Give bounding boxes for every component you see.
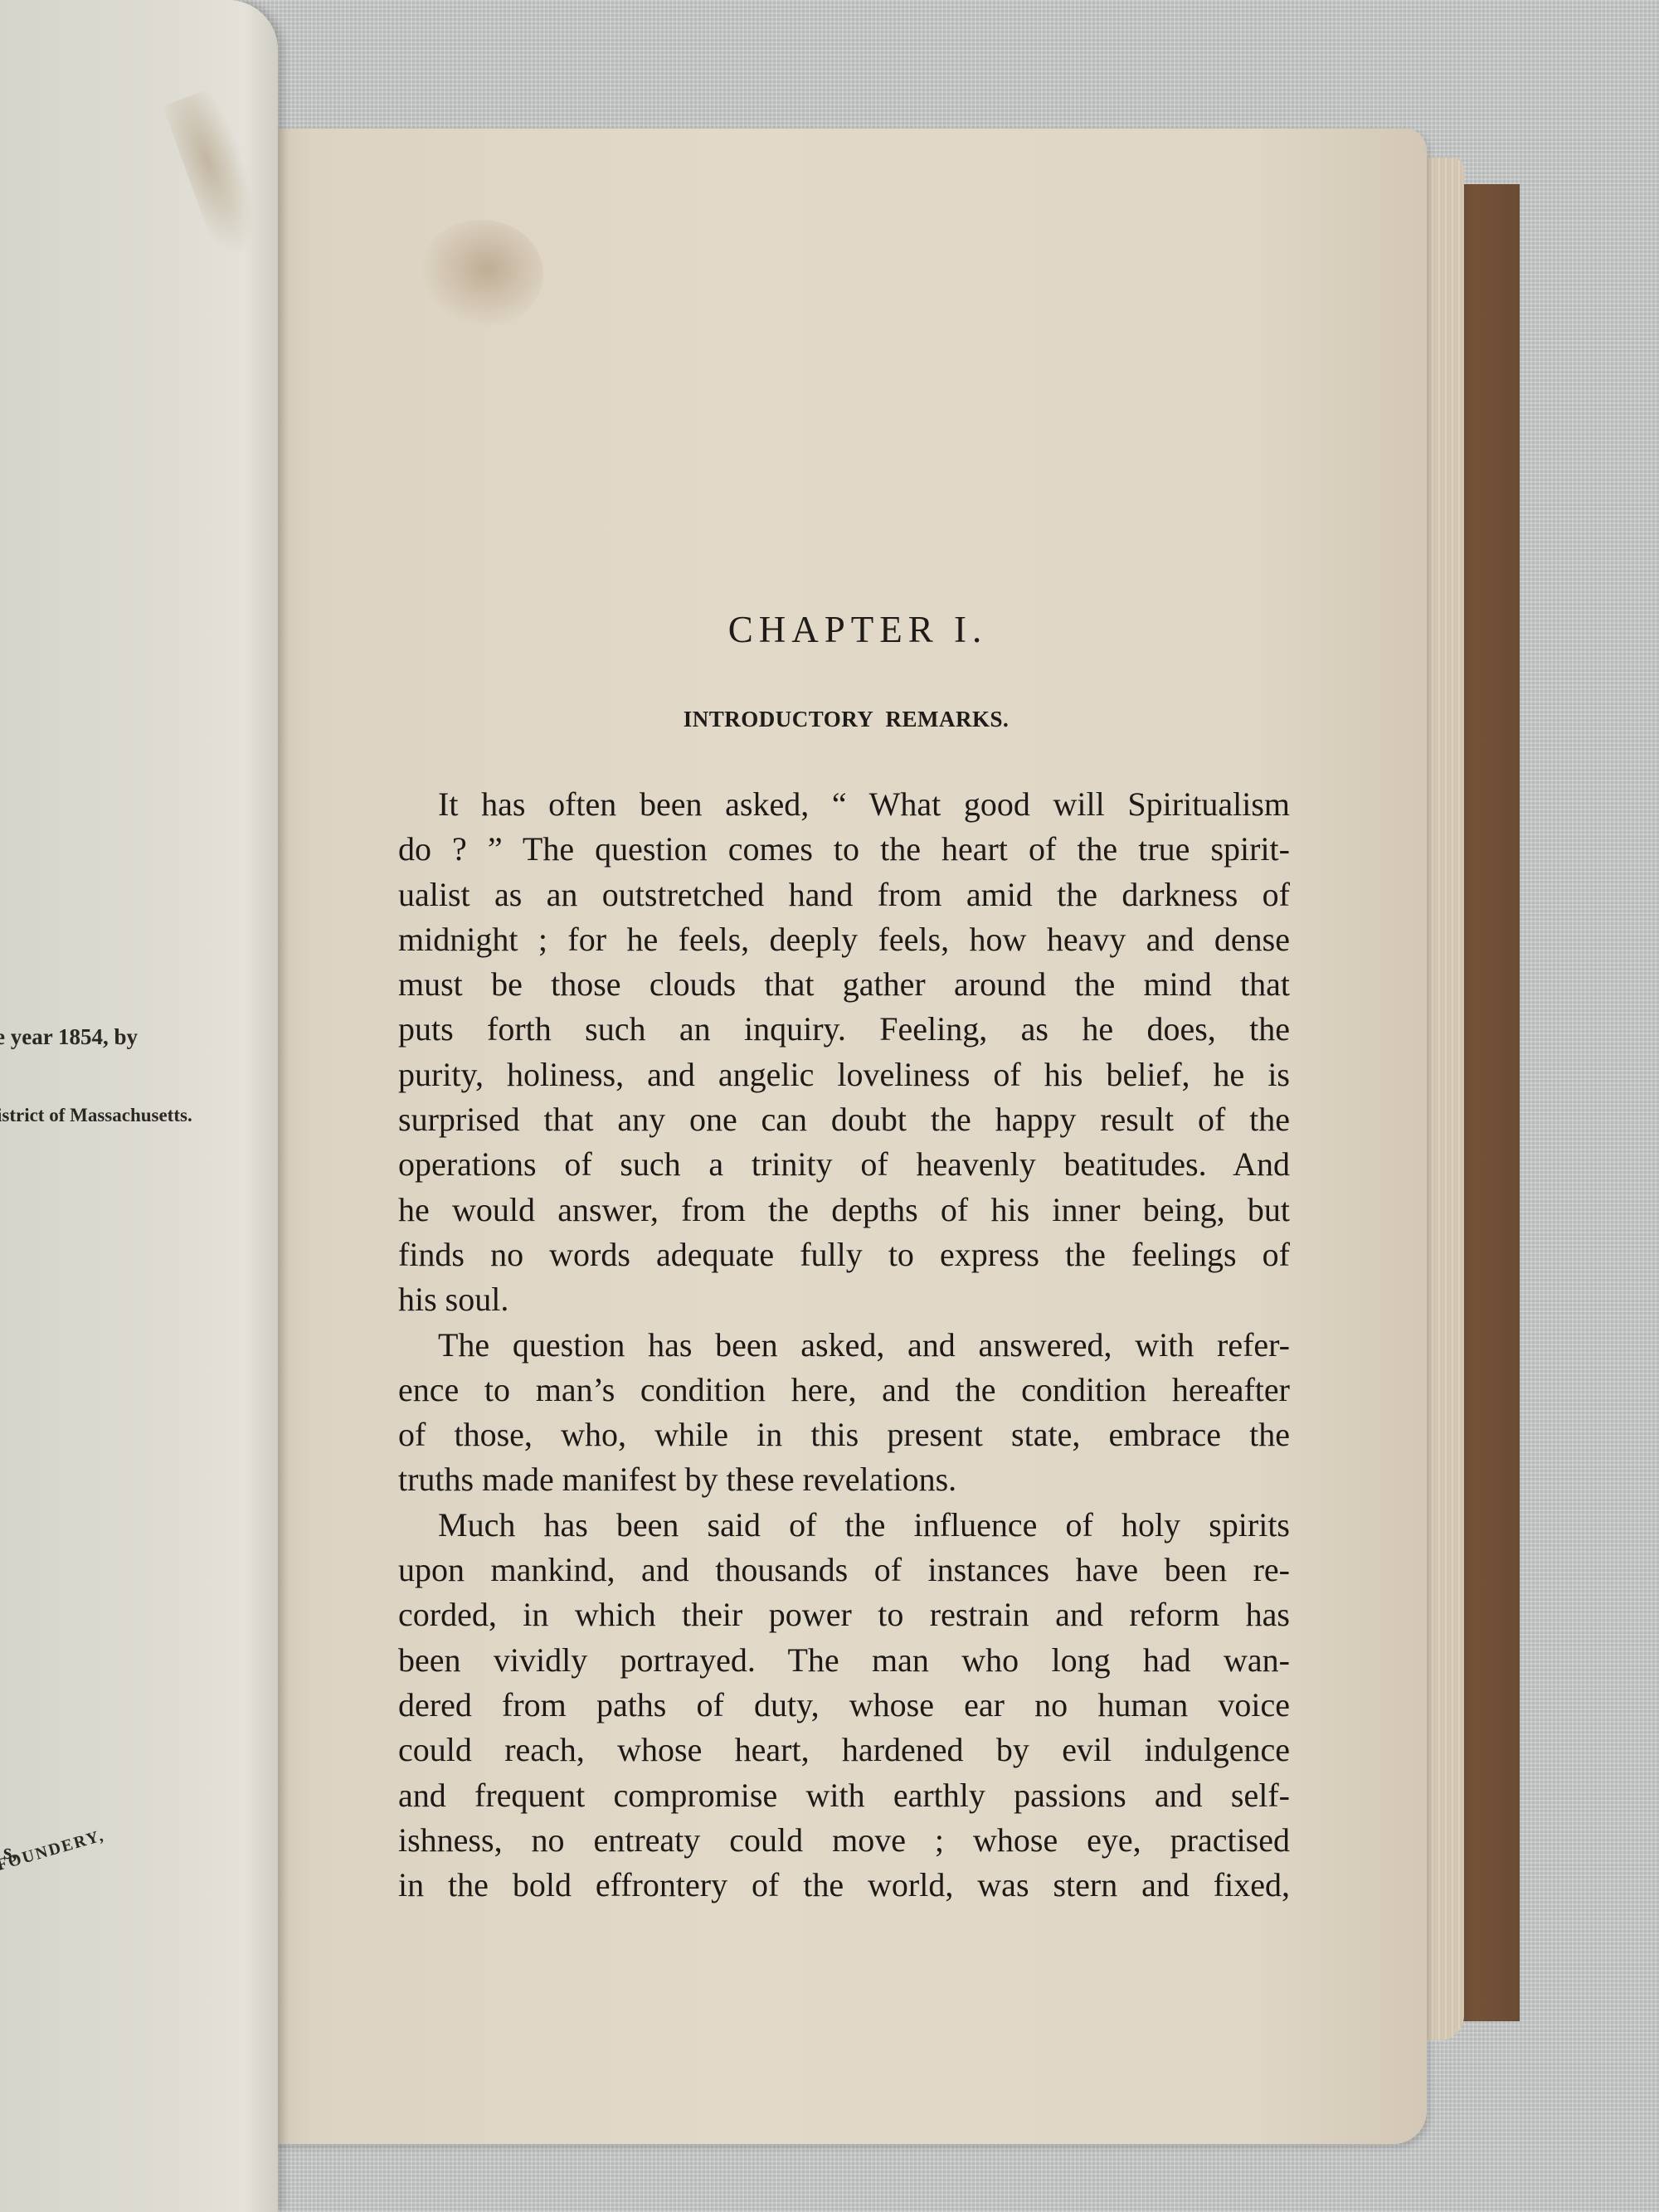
text-line: The question has been asked, and answere…	[398, 1323, 1290, 1368]
left-page: e year 1854, by istrict of Massachusetts…	[0, 0, 278, 2212]
body-text: It has often been asked, “ What good wil…	[398, 782, 1290, 1908]
text-line: purity, holiness, and angelic loveliness…	[398, 1053, 1290, 1097]
text-line: puts forth such an inquiry. Feeling, as …	[398, 1007, 1290, 1052]
foundery-fragment: FOUNDERY,	[0, 1826, 107, 1875]
chapter-title: CHAPTER I.	[277, 608, 1438, 651]
text-line: operations of such a trinity of heavenly…	[398, 1142, 1290, 1187]
chapter-subtitle: INTRODUCTORY REMARKS.	[265, 707, 1427, 732]
text-line: ualist as an outstretched hand from amid…	[398, 873, 1290, 917]
right-page: CHAPTER I. INTRODUCTORY REMARKS. It has …	[265, 129, 1427, 2144]
text-line: surprised that any one can doubt the hap…	[398, 1097, 1290, 1142]
text-line: must be those clouds that gather around …	[398, 962, 1290, 1007]
district-fragment: istrict of Massachusetts.	[0, 1105, 192, 1126]
text-line: corded, in which their power to restrain…	[398, 1592, 1290, 1637]
text-line: do ? ” The question comes to the heart o…	[398, 827, 1290, 872]
text-line: and frequent compromise with earthly pas…	[398, 1773, 1290, 1818]
text-line: finds no words adequate fully to express…	[398, 1232, 1290, 1277]
text-line: been vividly portrayed. The man who long…	[398, 1638, 1290, 1683]
water-stain	[163, 86, 274, 262]
text-line: of those, who, while in this present sta…	[398, 1412, 1290, 1457]
text-line: upon mankind, and thousands of instances…	[398, 1548, 1290, 1592]
text-line: could reach, whose heart, hardened by ev…	[398, 1728, 1290, 1772]
text-line: ishness, no entreaty could move ; whose …	[398, 1818, 1290, 1863]
text-line: he would answer, from the depths of his …	[398, 1188, 1290, 1232]
text-line: his soul.	[398, 1277, 1290, 1322]
text-line: It has often been asked, “ What good wil…	[398, 782, 1290, 827]
text-line: in the bold effrontery of the world, was…	[398, 1863, 1290, 1908]
text-line: Much has been said of the influence of h…	[398, 1503, 1290, 1548]
water-stain	[419, 220, 543, 328]
copyright-year-fragment: e year 1854, by	[0, 1024, 138, 1050]
text-line: dered from paths of duty, whose ear no h…	[398, 1683, 1290, 1728]
text-line: ence to man’s condition here, and the co…	[398, 1368, 1290, 1412]
text-line: midnight ; for he feels, deeply feels, h…	[398, 917, 1290, 962]
text-line: truths made manifest by these revelation…	[398, 1457, 1290, 1502]
